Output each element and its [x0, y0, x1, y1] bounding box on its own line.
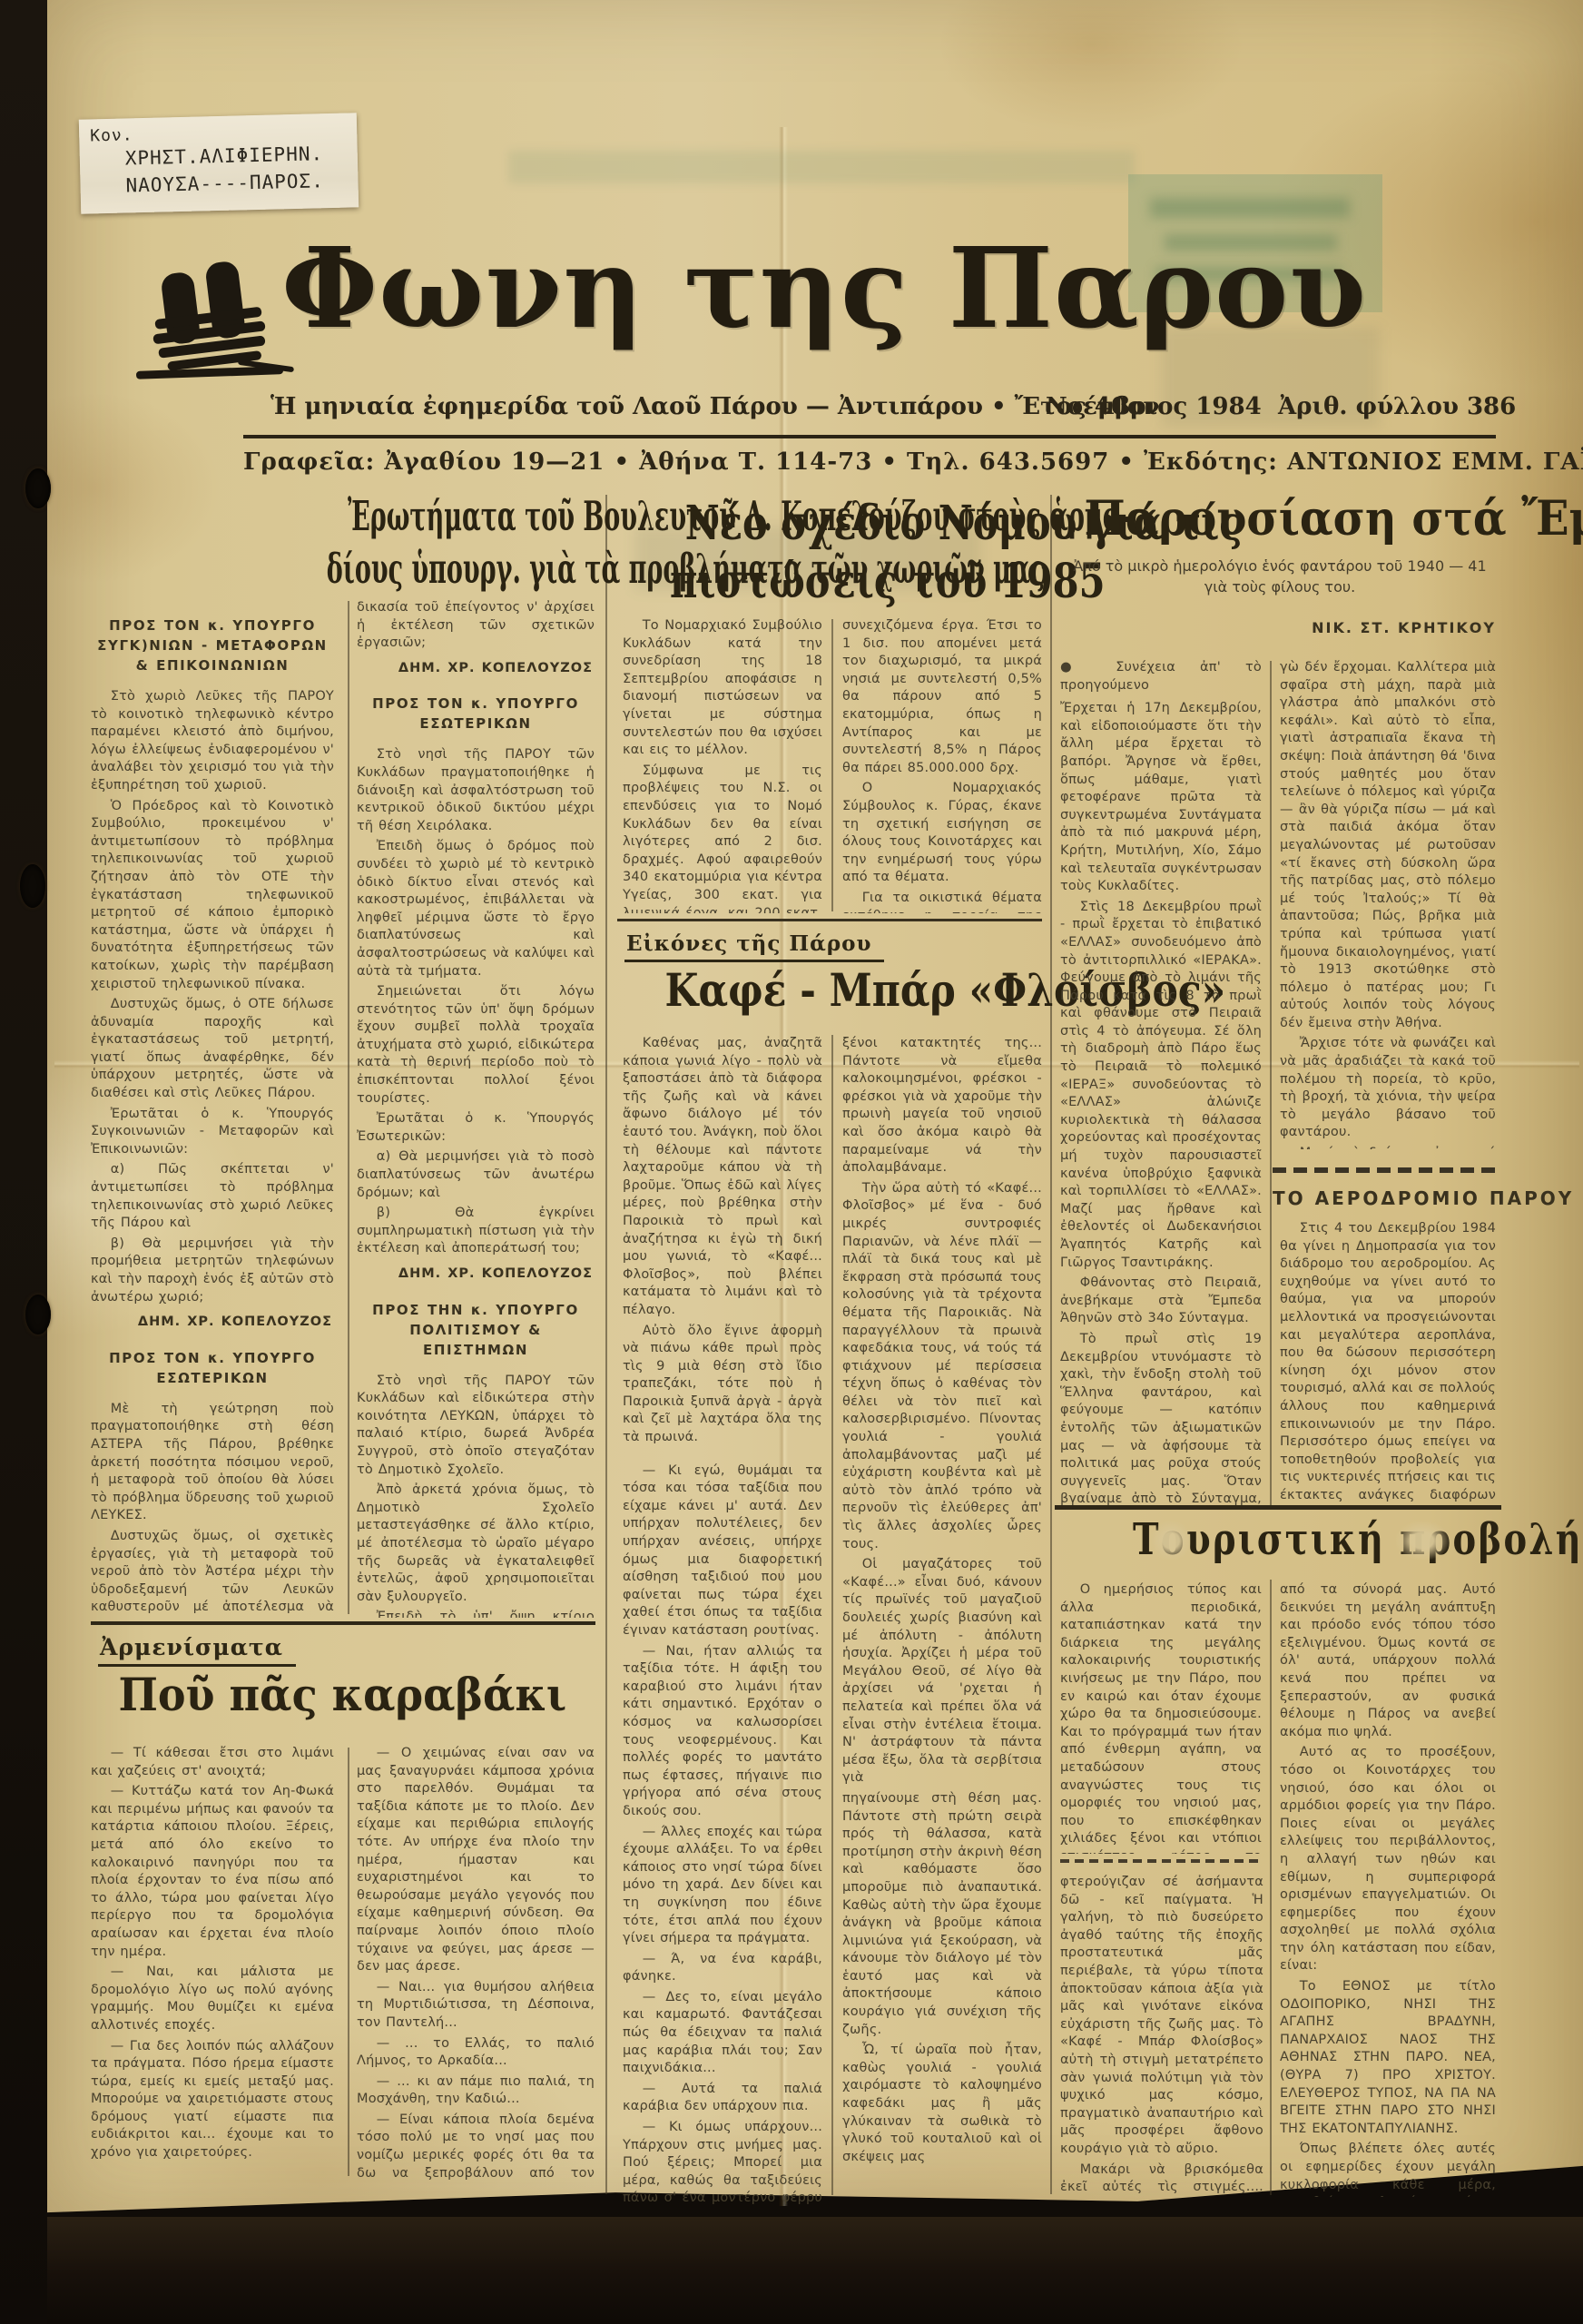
article-floisvos-column-2: ξένοι κατακτητές της... Πάντοτε νὰ εἴμεθ…	[842, 1035, 1042, 2208]
section-divider	[1050, 495, 1052, 2194]
address-sticker: Κον. ΧΡΗΣΤ.ΑΛΙΦΙΕΡΗΝ. ΝΑΟΥΣΑ----ΠΑΡΟΣ.	[79, 113, 359, 213]
masthead-issue-month: Νοέμβριος 1984	[1046, 393, 1262, 420]
article-floisvos-column-1: Καθένας μας, ἀναζητᾶ κάποια γωνιά λίγο -…	[623, 1035, 822, 2208]
embeda-byline: ΝΙΚ. ΣΤ. ΚΡΗΤΙΚΟΥ	[1180, 619, 1496, 636]
print-damage-smudge	[1151, 1521, 1191, 1560]
headline-questions: Ἐρωτήματα τοῦ Βουλευτοῦ Δ. Κοπελούζου στ…	[87, 490, 597, 596]
headline-airport: ΤΟ ΑΕΡΟΔΡΟΜΙΟ ΠΑΡΟΥ	[1273, 1187, 1498, 1209]
article-credits-column-2: συνεχιζόμενα έργα. Έτσι το 1 δισ. που απ…	[842, 617, 1042, 913]
floisvos-end-dashed-rule	[1060, 1859, 1263, 1863]
masthead-issue-number: Ἀριθ. φύλλου 386	[1278, 393, 1516, 420]
column-divider	[348, 1748, 349, 2176]
masthead-rule	[243, 435, 1496, 438]
article-tourism-column-2: από τα σύνορά μας. Αυτό δεικνύει τη μεγά…	[1280, 1581, 1496, 2197]
article-questions-column-1: ΠΡΟΣ ΤΟΝ κ. ΥΠΟΥΡΓΟ ΣΥΓΚ)ΝΙΩΝ - ΜΕΤΑΦΟΡΩ…	[91, 599, 334, 1618]
binder-hole	[25, 1295, 51, 1334]
column-divider	[831, 619, 833, 911]
article-separator-rule	[91, 1621, 595, 1625]
article-embeda-column-2: γὼ δέν ἔρχομαι. Καλλίτερα μιὰ σφαῖρα στὴ…	[1280, 659, 1496, 1149]
headline-karavaki: Ποῦ πᾶς καραβάκι	[87, 1669, 597, 1721]
kicker-armenismata: Ἀρμενίσματα	[98, 1634, 296, 1667]
sticker-address: ΝΑΟΥΣΑ----ΠΑΡΟΣ.	[125, 167, 349, 200]
karavaki-continuation: — Κι εγώ, θυμάμαι τα τόσα και τόσα ταξίδ…	[623, 1462, 822, 2208]
article-credits-column-1: Το Νομαρχιακό Συμβούλιο Κυκλάδων κατά τη…	[623, 617, 822, 913]
airport-dashed-rule	[1273, 1167, 1498, 1173]
floisvos-opening: Καθένας μας, ἀναζητᾶ κάποια γωνιά λίγο -…	[623, 1035, 822, 1447]
masthead-subtitle: Ἡ μηνιαία ἐφημερίδα τοῦ Λαοῦ Πάρου — Ἀντ…	[270, 393, 1159, 420]
headline-embeda: Παρουσίαση στά Ἔμπεδα	[1057, 492, 1503, 547]
print-damage-smudge	[1396, 1521, 1449, 1560]
column-divider	[1270, 1580, 1272, 2195]
bin der-hole	[20, 864, 45, 908]
article-tourism-column-1: Ο ημερήσιος τύπος και άλλα περιοδικά, κα…	[1060, 1581, 1262, 1854]
column-divider	[831, 1035, 833, 2195]
ink-bleed-strip	[508, 151, 1135, 183]
table-surface	[47, 2217, 1583, 2324]
masthead-bollard-illustration	[129, 256, 306, 392]
headline-floisvos: Καφέ - Μπάρ «Φλοίσβος»	[615, 964, 1044, 1017]
article-separator-rule	[617, 919, 1042, 921]
kicker-eikones: Εἰκόνες τῆς Πάρου	[624, 931, 884, 962]
column-divider	[1270, 661, 1272, 1505]
column-divider	[348, 601, 349, 1614]
article-separator-rule	[1055, 1505, 1501, 1510]
section-divider	[605, 495, 607, 2194]
article-floisvos-ending: φτερούγιζαν σέ ἀσήμαντα δῶ - κεῖ παίγματ…	[1060, 1874, 1263, 2197]
article-karavaki-column-1: — Τί κάθεσαι ἔτσι στο λιμάνι και χαζεύει…	[91, 1745, 334, 2181]
article-airport-body: Στις 4 του Δεκεμβρίου 1984 θα γίνει η Δη…	[1280, 1220, 1496, 1502]
embeda-subtitle: Ἀπό τὸ μικρὸ ἡμερολόγιο ἑνός φαντάρου το…	[1071, 556, 1489, 597]
article-questions-column-2: δικασία τοῦ ἐπείγοντος ν' ἀρχίσει ἡ ἐκτέ…	[357, 599, 595, 1618]
binder-hole	[25, 468, 51, 508]
masthead-offices-line: Γραφεῖα: Ἀγαθίου 19—21 • Ἀθήνα Τ. 114-73…	[243, 448, 1496, 476]
article-karavaki-column-2: — Ο χειμώνας είναι σαν να μας ξαναγυρνάε…	[357, 1745, 595, 2181]
masthead-title: Φωνη της Παρου	[281, 211, 1271, 366]
article-embeda-column-1: ● Συνέχεια ἀπ' τὸ προηγούμενοἜρχεται ἡ 1…	[1060, 659, 1262, 1509]
headline-credits-1985: Νέο σχέδιο Νόμου γιά τίς πιστώσεις τοῦ 1…	[615, 495, 1044, 611]
